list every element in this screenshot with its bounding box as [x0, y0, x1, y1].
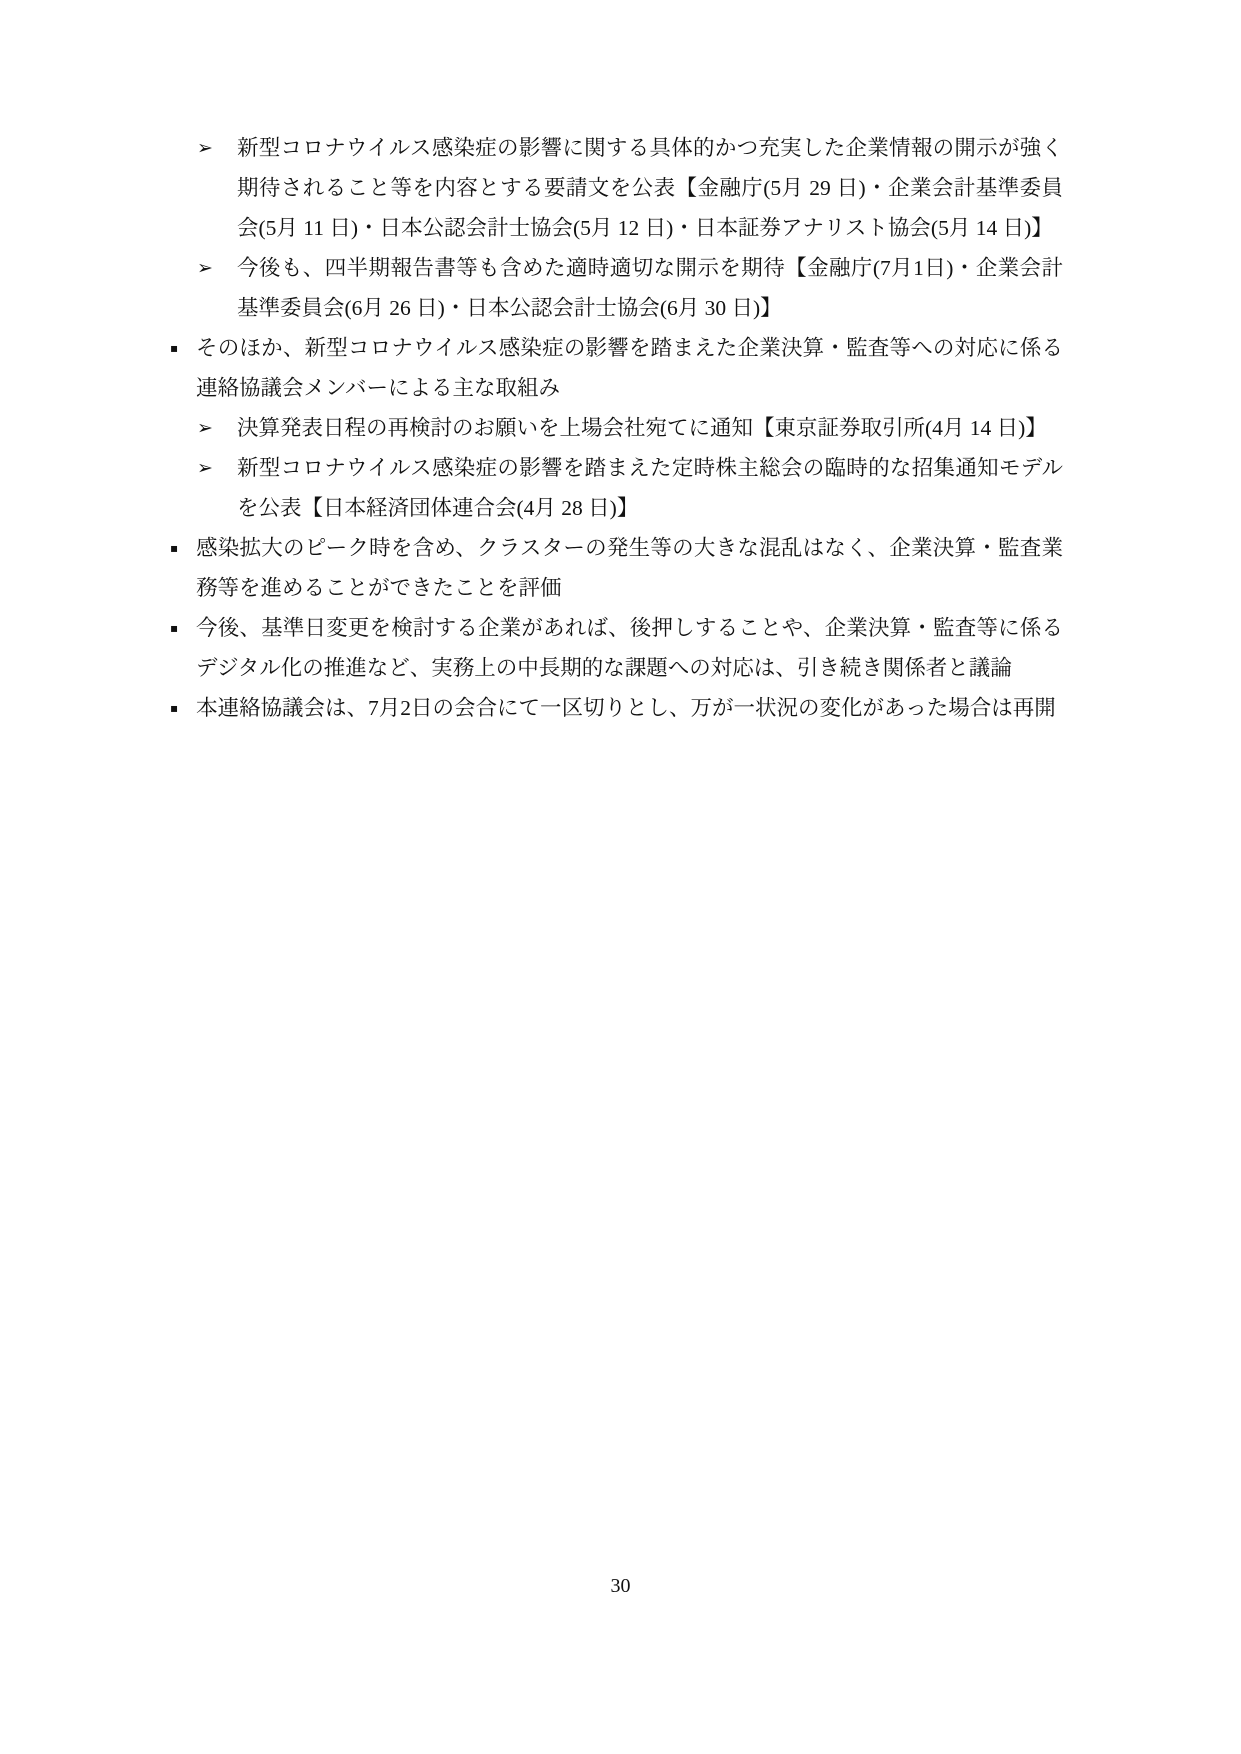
arrow-bullet-icon: ➢	[197, 128, 213, 168]
list-item: ▪ 今後、基準日変更を検討する企業があれば、後押しすることや、企業決算・監査等に…	[167, 608, 1063, 688]
list-item-text: 感染拡大のピーク時を含め、クラスターの発生等の大きな混乱はなく、企業決算・監査業…	[196, 528, 1063, 608]
list-item-text: 今後も、四半期報告書等も含めた適時適切な開示を期待【金融庁(7月1日)・企業会計…	[237, 248, 1063, 328]
square-bullet-icon: ▪	[170, 688, 178, 728]
bullet-list: ➢ 新型コロナウイルス感染症の影響に関する具体的かつ充実した企業情報の開示が強く…	[167, 128, 1063, 728]
list-item: ➢ 今後も、四半期報告書等も含めた適時適切な開示を期待【金融庁(7月1日)・企業…	[167, 248, 1063, 328]
list-item-text: 新型コロナウイルス感染症の影響を踏まえた定時株主総会の臨時的な招集通知モデルを公…	[237, 448, 1063, 528]
square-bullet-icon: ▪	[170, 528, 178, 568]
list-item: ▪ 感染拡大のピーク時を含め、クラスターの発生等の大きな混乱はなく、企業決算・監…	[167, 528, 1063, 608]
arrow-bullet-icon: ➢	[197, 248, 213, 288]
document-page: ➢ 新型コロナウイルス感染症の影響に関する具体的かつ充実した企業情報の開示が強く…	[0, 0, 1241, 1754]
list-item: ➢ 新型コロナウイルス感染症の影響を踏まえた定時株主総会の臨時的な招集通知モデル…	[167, 448, 1063, 528]
list-item: ▪ そのほか、新型コロナウイルス感染症の影響を踏まえた企業決算・監査等への対応に…	[167, 328, 1063, 408]
list-item: ➢ 決算発表日程の再検討のお願いを上場会社宛てに通知【東京証券取引所(4月 14…	[167, 408, 1063, 448]
list-item-text: 本連絡協議会は、7月2日の会合にて一区切りとし、万が一状況の変化があった場合は再…	[196, 688, 1063, 728]
list-item-text: 決算発表日程の再検討のお願いを上場会社宛てに通知【東京証券取引所(4月 14 日…	[237, 408, 1063, 448]
square-bullet-icon: ▪	[170, 608, 178, 648]
list-item: ▪ 本連絡協議会は、7月2日の会合にて一区切りとし、万が一状況の変化があった場合…	[167, 688, 1063, 728]
arrow-bullet-icon: ➢	[197, 408, 213, 448]
list-item-text: そのほか、新型コロナウイルス感染症の影響を踏まえた企業決算・監査等への対応に係る…	[196, 328, 1063, 408]
list-item-text: 今後、基準日変更を検討する企業があれば、後押しすることや、企業決算・監査等に係る…	[196, 608, 1063, 688]
square-bullet-icon: ▪	[170, 328, 178, 368]
arrow-bullet-icon: ➢	[197, 448, 213, 488]
list-item-text: 新型コロナウイルス感染症の影響に関する具体的かつ充実した企業情報の開示が強く期待…	[237, 128, 1063, 248]
page-number: 30	[0, 1572, 1241, 1600]
list-item: ➢ 新型コロナウイルス感染症の影響に関する具体的かつ充実した企業情報の開示が強く…	[167, 128, 1063, 248]
